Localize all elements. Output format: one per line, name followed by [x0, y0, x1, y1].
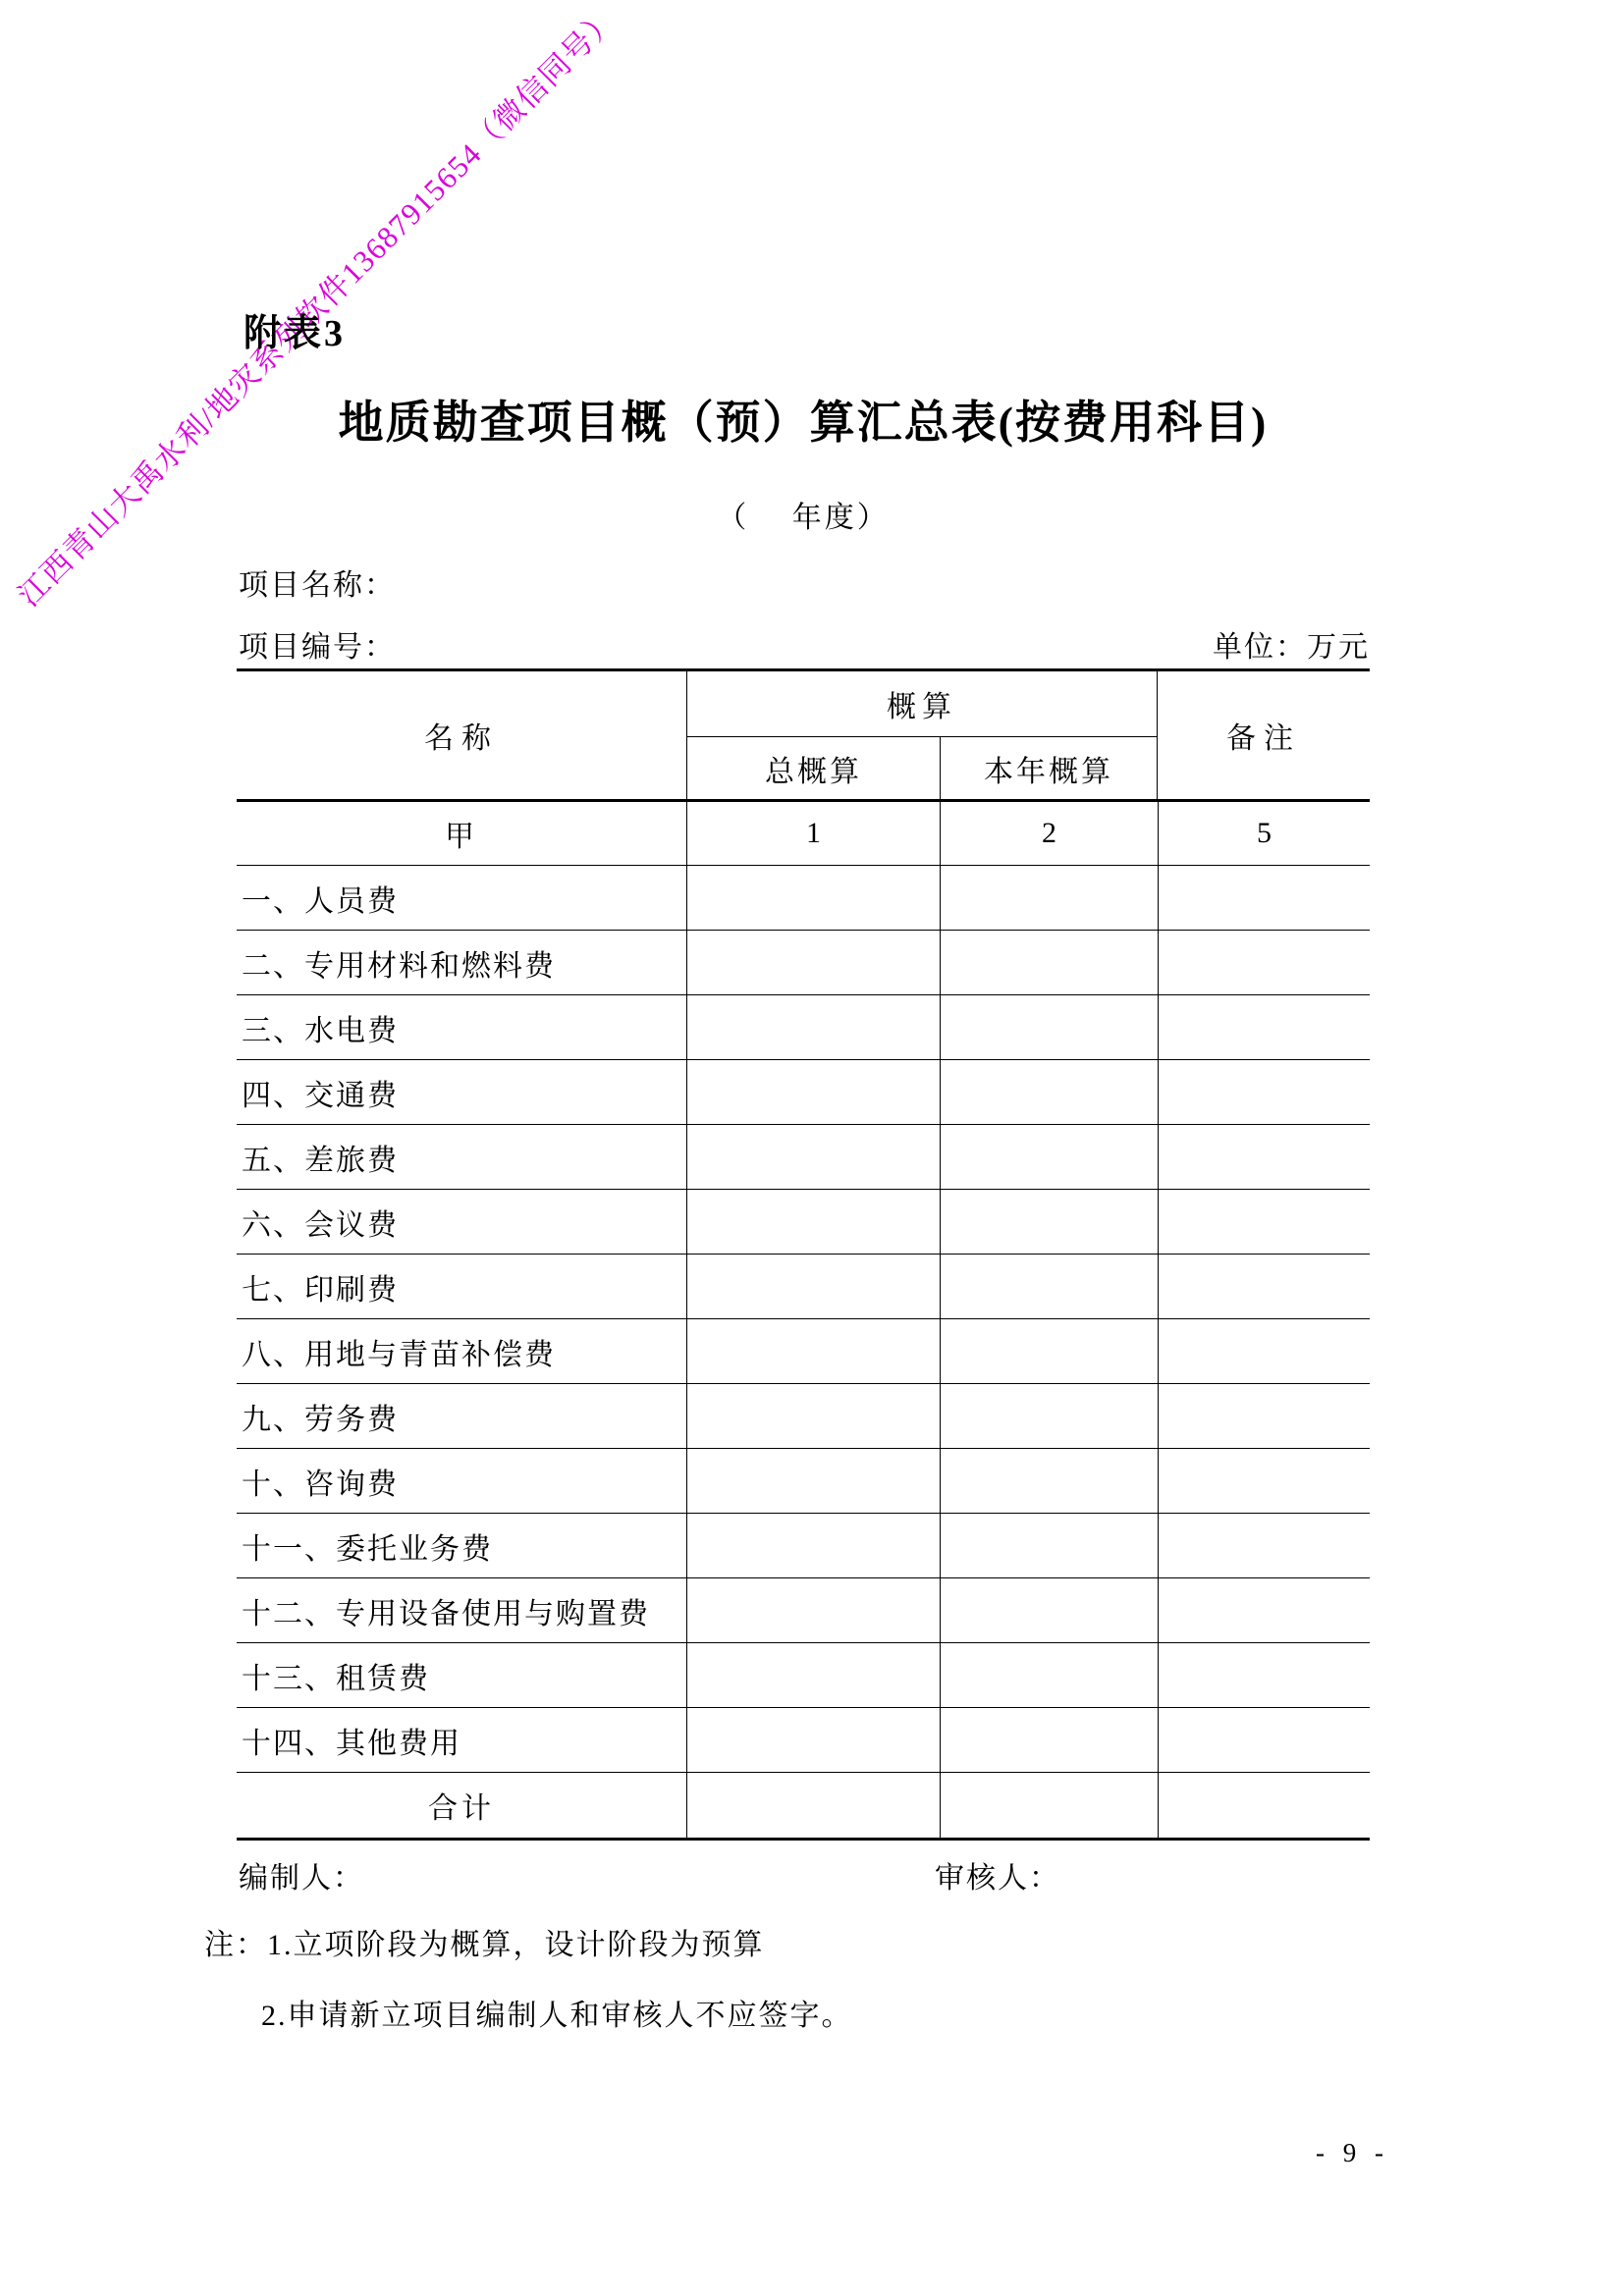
preparer-label: 编制人：: [239, 1853, 364, 1896]
table-row: 十四、其他费用: [237, 1708, 1370, 1773]
table-row: 一、人员费: [237, 866, 1370, 931]
header-current-year-estimate: 本年概算: [941, 737, 1157, 799]
total-estimate-cell: [686, 1060, 940, 1124]
fee-item-label: 十一、委托业务费: [237, 1514, 686, 1577]
total-estimate-cell: [686, 995, 940, 1059]
total-estimate-cell: [686, 931, 940, 994]
remark-cell: [1158, 1190, 1370, 1254]
fee-item-label: 十三、租赁费: [237, 1643, 686, 1707]
column-code-row: 甲 1 2 5: [237, 802, 1370, 866]
total-estimate-cell: [686, 1190, 940, 1254]
current-year-estimate-cell: [940, 995, 1158, 1059]
note-line: 注：1.立项阶段为概算，设计阶段为预算: [204, 1920, 765, 1963]
remark-cell: [1158, 1060, 1370, 1124]
remark-cell: [1158, 866, 1370, 930]
fee-item-label: 十四、其他费用: [237, 1708, 686, 1772]
total-row: 合计: [237, 1773, 1370, 1838]
remark-cell: [1158, 1449, 1370, 1513]
page-number: - 9 -: [1316, 2138, 1389, 2168]
current-year-estimate-cell: [940, 1773, 1158, 1838]
table-row: 三、水电费: [237, 995, 1370, 1060]
table-row: 六、会议费: [237, 1190, 1370, 1255]
fee-item-label: 一、人员费: [237, 866, 686, 930]
reviewer-label: 审核人：: [935, 1853, 1060, 1896]
remark-cell: [1158, 1514, 1370, 1577]
total-estimate-cell: [686, 1255, 940, 1318]
page-title: 地质勘查项目概（预）算汇总表(按费用科目): [237, 387, 1370, 452]
table-row: 十一、委托业务费: [237, 1514, 1370, 1578]
fee-item-label: 八、用地与青苗补偿费: [237, 1319, 686, 1383]
total-estimate-cell: [686, 1384, 940, 1448]
header-remark: 备注: [1158, 671, 1370, 799]
current-year-estimate-cell: [940, 931, 1158, 994]
current-year-estimate-cell: [940, 1060, 1158, 1124]
fee-item-label: 五、差旅费: [237, 1125, 686, 1189]
code-total: 1: [686, 802, 940, 865]
total-estimate-cell: [686, 1643, 940, 1707]
current-year-estimate-cell: [940, 1514, 1158, 1577]
remark-cell: [1158, 1125, 1370, 1189]
remark-cell: [1158, 931, 1370, 994]
header-total-estimate: 总概算: [687, 737, 941, 799]
table-row: 八、用地与青苗补偿费: [237, 1319, 1370, 1384]
fee-item-label: 三、水电费: [237, 995, 686, 1059]
remark-cell: [1158, 1773, 1370, 1838]
current-year-estimate-cell: [940, 1578, 1158, 1642]
remark-cell: [1158, 1384, 1370, 1448]
unit-label: 单位：万元: [1213, 622, 1370, 666]
current-year-estimate-cell: [940, 1384, 1158, 1448]
fee-item-label: 十二、专用设备使用与购置费: [237, 1578, 686, 1642]
remark-cell: [1158, 1255, 1370, 1318]
table-row: 十二、专用设备使用与购置费: [237, 1578, 1370, 1643]
fee-item-label: 二、专用材料和燃料费: [237, 931, 686, 994]
project-name-label: 项目名称：: [239, 561, 396, 604]
document-page: 江西青山大禹水利/地灾系列软件13687915654（微信同号） 附表3 地质勘…: [0, 0, 1624, 2296]
project-code-label: 项目编号：: [239, 622, 396, 666]
total-estimate-cell: [686, 1773, 940, 1838]
table-row: 十、咨询费: [237, 1449, 1370, 1514]
fee-item-label: 九、劳务费: [237, 1384, 686, 1448]
total-estimate-cell: [686, 1708, 940, 1772]
code-name: 甲: [237, 802, 686, 865]
table-row: 九、劳务费: [237, 1384, 1370, 1449]
remark-cell: [1158, 1319, 1370, 1383]
table-row: 七、印刷费: [237, 1255, 1370, 1319]
fee-item-label: 四、交通费: [237, 1060, 686, 1124]
header-name: 名称: [237, 671, 686, 799]
fee-item-label: 十、咨询费: [237, 1449, 686, 1513]
year-line: （ 年度）: [237, 493, 1370, 536]
header-estimate-group-cell: 概算 总概算 本年概算: [686, 671, 1158, 799]
table-row: 二、专用材料和燃料费: [237, 931, 1370, 995]
total-estimate-cell: [686, 1449, 940, 1513]
remark-cell: [1158, 1578, 1370, 1642]
total-estimate-cell: [686, 1578, 940, 1642]
table-row: 四、交通费: [237, 1060, 1370, 1125]
remark-cell: [1158, 1643, 1370, 1707]
budget-summary-table: 名称 概算 总概算 本年概算 备注 甲 1 2 5 一、人员费 二、专用材料和燃…: [237, 668, 1370, 1841]
total-estimate-cell: [686, 1319, 940, 1383]
code-remark: 5: [1158, 802, 1370, 865]
table-row: 十三、租赁费: [237, 1643, 1370, 1708]
table-row: 五、差旅费: [237, 1125, 1370, 1190]
remark-cell: [1158, 1708, 1370, 1772]
total-estimate-cell: [686, 1514, 940, 1577]
current-year-estimate-cell: [940, 1449, 1158, 1513]
fee-item-label: 六、会议费: [237, 1190, 686, 1254]
current-year-estimate-cell: [940, 1708, 1158, 1772]
header-estimate-group: 概算: [687, 671, 1157, 737]
fee-item-label: 七、印刷费: [237, 1255, 686, 1318]
total-row-label: 合计: [237, 1773, 686, 1838]
current-year-estimate-cell: [940, 1255, 1158, 1318]
note-line: 2.申请新立项目编制人和审核人不应签字。: [261, 1991, 853, 2034]
current-year-estimate-cell: [940, 1125, 1158, 1189]
current-year-estimate-cell: [940, 1190, 1158, 1254]
code-current: 2: [940, 802, 1158, 865]
table-header: 名称 概算 总概算 本年概算 备注: [237, 671, 1370, 802]
total-estimate-cell: [686, 866, 940, 930]
attachment-heading: 附表3: [244, 302, 346, 356]
current-year-estimate-cell: [940, 866, 1158, 930]
current-year-estimate-cell: [940, 1319, 1158, 1383]
current-year-estimate-cell: [940, 1643, 1158, 1707]
total-estimate-cell: [686, 1125, 940, 1189]
remark-cell: [1158, 995, 1370, 1059]
header-estimate-subrow: 总概算 本年概算: [687, 737, 1157, 799]
